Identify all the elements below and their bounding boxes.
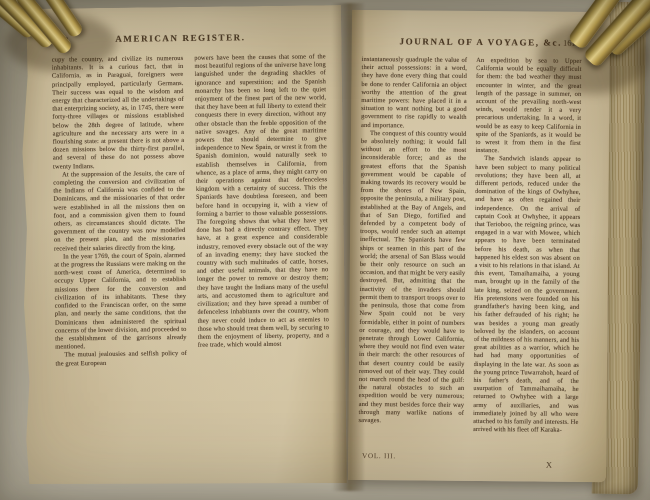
right-page-number: 161 — [563, 38, 576, 48]
paragraph: cupy the country, and civilize its numer… — [52, 55, 185, 171]
paragraph: instantaneously quadruple the value of t… — [361, 56, 467, 131]
right-page-text-area: instantaneously quadruple the value of t… — [358, 56, 581, 446]
paragraph: The Sandwich islands appear to have been… — [473, 155, 581, 435]
paragraph: An expedition by sea to Upper California… — [475, 57, 581, 156]
paragraph: At the suppression of the Jesuits, the c… — [53, 170, 185, 254]
paragraph: The mutual jealousies and selfish policy… — [55, 350, 187, 368]
paragraph: The conquest of this country would be ab… — [358, 130, 466, 426]
right-page: JOURNAL OF A VOYAGE, &c. 161 instantaneo… — [348, 10, 610, 482]
volume-footer: VOL. III. — [362, 452, 396, 460]
left-page: 160 AMERICAN REGISTER. cupy the country,… — [19, 5, 347, 487]
left-page-number: 160 — [55, 34, 68, 44]
left-page-column-1: cupy the country, and civilize its numer… — [52, 55, 189, 469]
right-page-header: JOURNAL OF A VOYAGE, &c. 161 — [352, 36, 610, 52]
left-page-column-2: powers have been the causes that some of… — [194, 53, 331, 467]
left-page-text-area: cupy the country, and civilize its numer… — [52, 53, 331, 468]
right-page-column-1: instantaneously quadruple the value of t… — [358, 56, 467, 445]
book-photo: 160 AMERICAN REGISTER. cupy the country,… — [0, 0, 650, 500]
paragraph: powers have been the causes that some of… — [194, 53, 329, 350]
paragraph: In the year 1769, the court of Spain, al… — [54, 252, 187, 352]
signature-mark: X — [546, 460, 552, 470]
left-page-header: 160 AMERICAN REGISTER. — [19, 31, 341, 49]
right-page-column-2: An expedition by sea to Upper California… — [473, 57, 582, 446]
